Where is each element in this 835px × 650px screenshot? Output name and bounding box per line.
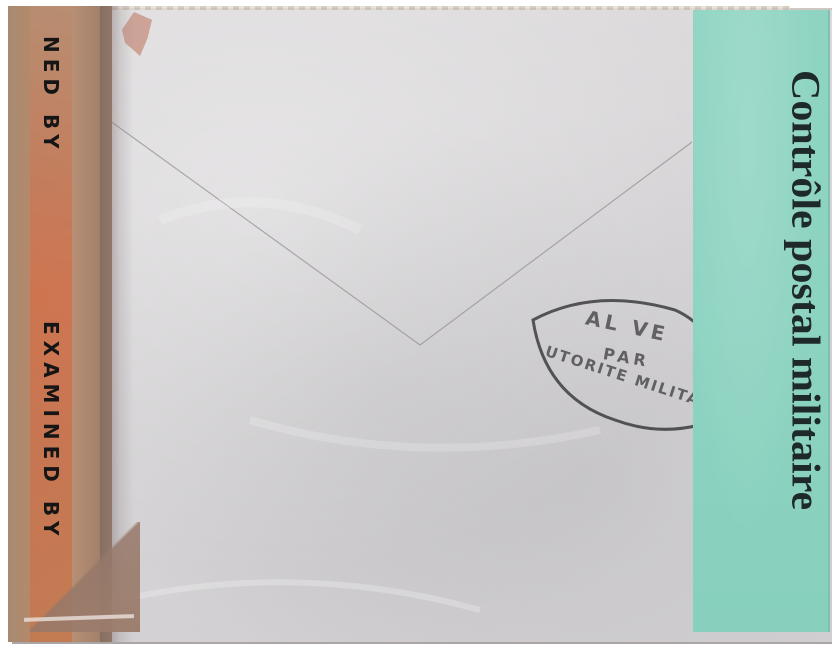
- censor-tape-text-top: NED BY: [30, 20, 72, 170]
- censor-tape-text-bottom: EXAMINED BY: [30, 291, 72, 571]
- torn-top-edge: [90, 6, 790, 10]
- envelope-photo: NED BY EXAMINED BY AL VE PAR UTORITE MIL…: [0, 0, 835, 650]
- controle-postal-label: Contrôle postal militaire: [693, 10, 830, 632]
- controle-postal-text: Contrôle postal militaire: [696, 10, 824, 570]
- censor-tape-examined-by: NED BY EXAMINED BY: [8, 6, 112, 642]
